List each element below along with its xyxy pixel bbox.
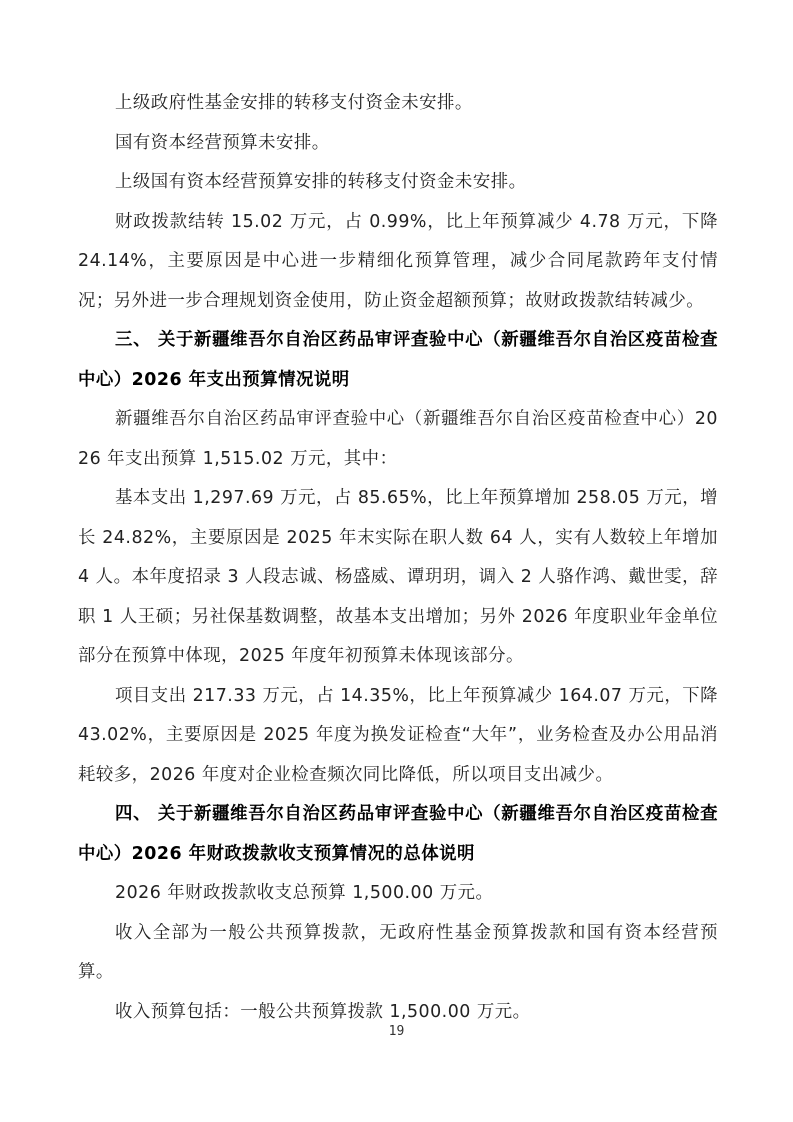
paragraph-state-capital-budget: 国有资本经营预算未安排。 (78, 124, 718, 164)
section-heading-3: 三、 关于新疆维吾尔自治区药品审评查验中心（新疆维吾尔自治区疫苗检查中心）202… (78, 321, 718, 400)
paragraph-income-composition: 收入全部为一般公共预算拨款，无政府性基金预算拨款和国有资本经营预算。 (78, 914, 718, 993)
paragraph-basic-expenditure: 基本支出 1,297.69 万元，占 85.65%，比上年预算增加 258.05… (78, 479, 718, 677)
paragraph-fiscal-carryover: 财政拨款结转 15.02 万元，占 0.99%，比上年预算减少 4.78 万元，… (78, 203, 718, 322)
paragraph-fiscal-total: 2026 年财政拨款收支总预算 1,500.00 万元。 (78, 874, 718, 914)
paragraph-state-capital-transfer: 上级国有资本经营预算安排的转移支付资金未安排。 (78, 163, 718, 203)
paragraph-gov-fund-transfer: 上级政府性基金安排的转移支付资金未安排。 (78, 84, 718, 124)
paragraph-expenditure-total: 新疆维吾尔自治区药品审评查验中心（新疆维吾尔自治区疫苗检查中心）2026 年支出… (78, 400, 718, 479)
paragraph-project-expenditure: 项目支出 217.33 万元，占 14.35%，比上年预算减少 164.07 万… (78, 677, 718, 796)
page-number: 19 (0, 1024, 793, 1039)
section-heading-4: 四、 关于新疆维吾尔自治区药品审评查验中心（新疆维吾尔自治区疫苗检查中心）202… (78, 795, 718, 874)
document-page: 上级政府性基金安排的转移支付资金未安排。 国有资本经营预算未安排。 上级国有资本… (78, 84, 718, 1032)
